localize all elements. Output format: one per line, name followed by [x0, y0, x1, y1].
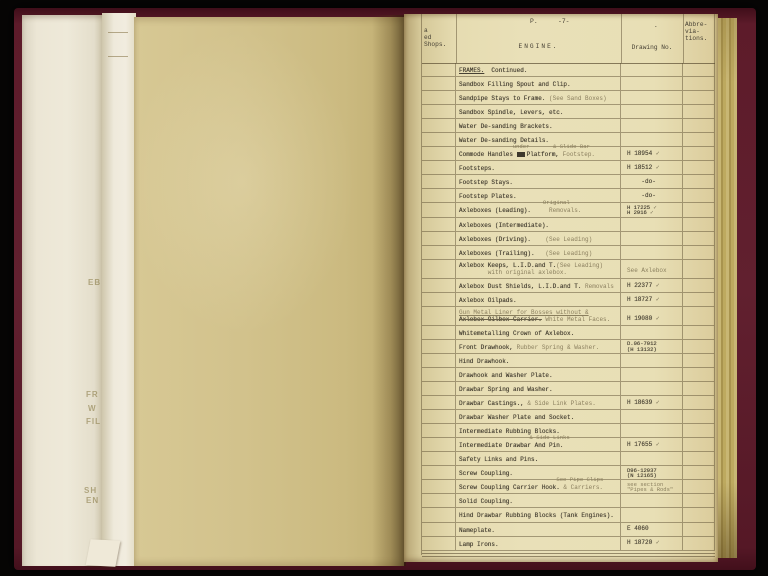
text-segment: (H 13132): [627, 346, 657, 353]
drawing-cell: See Axlebox: [621, 260, 683, 278]
abbrev-cell: [683, 424, 715, 437]
item-cell: Drawbar Washer Plate and Socket.: [456, 410, 621, 423]
drawing-cell: -do-: [621, 175, 683, 188]
abbrev-cell: [683, 91, 715, 104]
bleedthrough-letter: EN: [86, 496, 99, 505]
table-row: under & Slide BarCommode Handles Platfor…: [422, 147, 715, 161]
text-segment: Footstep Stays.: [459, 179, 513, 186]
table-row: Water De-sanding Brackets.: [422, 119, 715, 133]
item-text: Drawbar Spring and Washer.: [456, 382, 620, 393]
text-segment: Axlebox Dust Shields, L.I.D.and T.: [459, 283, 585, 290]
text-segment: Removals.: [531, 207, 581, 214]
item-cell: Axleboxes (Intermediate).: [456, 218, 621, 231]
bottom-rule: [422, 556, 715, 557]
drawing-number: -do-: [621, 179, 682, 186]
text-segment: ✓: [652, 282, 659, 289]
bleedthrough-letter: FIL: [86, 417, 101, 426]
abbrev-cell: [683, 260, 715, 278]
drawing-cell: [621, 133, 683, 146]
bleedthrough-letter: EB: [88, 278, 101, 287]
shops-cell: [422, 368, 456, 381]
register-table: aedShops. P. -7- ENGINE. Drawing No. . A…: [421, 14, 715, 555]
text-segment: See Pipe Clips: [459, 476, 603, 483]
drawing-cell: H 17655 ✓: [621, 438, 683, 451]
text-segment: See Axlebox: [627, 267, 667, 274]
abbrev-cell: [683, 203, 715, 216]
annotation-above: Original: [459, 199, 570, 206]
item-text: Nameplate.: [456, 523, 620, 534]
drawing-cell: [621, 91, 683, 104]
drawing-cell: H 22377 ✓: [621, 279, 683, 292]
text-segment: ✓: [652, 315, 659, 322]
drawing-cell: H 18512 ✓: [621, 161, 683, 174]
header-abbrev-line: tions.: [685, 35, 707, 42]
table-row: Drawhook and Washer Plate.: [422, 368, 715, 382]
text-segment: Drawhook and Washer Plate.: [459, 372, 553, 379]
abbrev-cell: [683, 452, 715, 465]
table-row: Whitemetalling Crown of Axlebox.: [422, 326, 715, 340]
drawing-cell: [621, 424, 683, 437]
drawing-cell: H 19080 ✓: [621, 307, 683, 325]
text-segment: E 4060: [627, 525, 649, 532]
drawing-number: H 18727 ✓: [621, 297, 682, 304]
table-row: Hind Drawbar Rubbing Blocks (Tank Engine…: [422, 508, 715, 522]
annotation-above: under & Slide Bar: [459, 143, 590, 150]
table-row: Drawbar Castings., & Side Link Plates.H …: [422, 396, 715, 410]
table-row: Solid Coupling.: [422, 494, 715, 508]
text-segment: Axleboxes (Driving).: [459, 236, 545, 243]
text-segment: (See Leading): [545, 250, 592, 257]
annotation-above: & Side Links: [459, 434, 570, 441]
page-sheet: [102, 13, 136, 566]
shops-cell: [422, 147, 456, 160]
text-segment: H 17655: [627, 441, 652, 448]
drawing-number: E 4060: [621, 526, 682, 533]
text-segment: Axlebox Oilbox Carrier.: [459, 316, 542, 323]
abbrev-cell: [683, 480, 715, 493]
abbrev-cell: [683, 77, 715, 90]
text-segment: Axleboxes (Intermediate).: [459, 222, 549, 229]
header-abbrev-line: Abbre-: [685, 21, 707, 28]
item-cell: Whitemetalling Crown of Axlebox.: [456, 326, 621, 339]
item-text: Hind Drawbar Rubbing Blocks (Tank Engine…: [456, 508, 620, 519]
text-segment: ✓: [652, 399, 659, 406]
table-row: Axleboxes (Trailing). (See Leading): [422, 246, 715, 260]
drawing-cell: [621, 63, 683, 76]
text-segment: "Pipes & Rods": [627, 486, 673, 493]
text-segment: Whitemetalling Crown of Axlebox.: [459, 330, 574, 337]
text-segment: Sandbox Spindle, Levers, etc.: [459, 109, 563, 116]
shops-cell: [422, 410, 456, 423]
drawing-number: H 19080 ✓: [621, 316, 682, 323]
drawing-cell: [621, 77, 683, 90]
drawing-number: (N 12165): [621, 473, 682, 479]
text-segment: Commode Handles: [459, 151, 517, 158]
item-text: Drawhook and Washer Plate.: [456, 368, 620, 379]
book-photo: EBFRWFILSHEN aedShops. P. -7- ENGINE. Dr…: [0, 0, 768, 576]
drawing-cell: D.06-7012(H 13132): [621, 340, 683, 353]
item-text: Axlebox Oilpads.: [456, 293, 620, 304]
table-row: Footsteps.H 18512 ✓: [422, 161, 715, 175]
drawing-number: "Pipes & Rods": [621, 487, 682, 493]
header-shops-line: Shops.: [424, 41, 446, 48]
table-row: Hind Drawhook.: [422, 354, 715, 368]
item-cell: Sandpipe Stays to Frame. (See Sand Boxes…: [456, 91, 621, 104]
item-text: Sandpipe Stays to Frame. (See Sand Boxes…: [456, 91, 620, 102]
item-text: Whitemetalling Crown of Axlebox.: [456, 326, 620, 337]
abbrev-cell: [683, 326, 715, 339]
text-segment: FRAMES.: [459, 67, 484, 74]
abbrev-cell: [683, 279, 715, 292]
drawing-cell: D96-12937(N 12165): [621, 466, 683, 479]
table-row: FRAMES. Continued.: [422, 63, 715, 77]
table-body: FRAMES. Continued.Sandbox Filling Spout …: [422, 63, 715, 551]
shops-cell: [422, 508, 456, 521]
shops-cell: [422, 466, 456, 479]
shops-cell: [422, 218, 456, 231]
item-cell: Safety Links and Pins.: [456, 452, 621, 465]
text-segment: Lamp Irons.: [459, 541, 499, 548]
shops-cell: [422, 293, 456, 306]
abbrev-cell: [683, 466, 715, 479]
shops-cell: [422, 232, 456, 245]
shops-cell: [422, 354, 456, 367]
item-cell: Drawbar Spring and Washer.: [456, 382, 621, 395]
abbrev-cell: [683, 105, 715, 118]
shops-cell: [422, 537, 456, 550]
item-text: Water De-sanding Brackets.: [456, 119, 620, 130]
shops-cell: [422, 105, 456, 118]
table-row: Gun Metal Liner for Bosses without &Axle…: [422, 307, 715, 326]
item-text: Axlebox Dust Shields, L.I.D.and T. Remov…: [456, 279, 620, 290]
item-cell: Lamp Irons.: [456, 537, 621, 550]
drawing-cell: [621, 218, 683, 231]
abbrev-cell: [683, 307, 715, 325]
table-row: Axleboxes (Driving). (See Leading): [422, 232, 715, 246]
shops-cell: [422, 133, 456, 146]
text-segment: ✓: [652, 539, 659, 546]
shops-cell: [422, 260, 456, 278]
table-row: Drawbar Spring and Washer.: [422, 382, 715, 396]
table-row: Axlebox Oilpads.H 18727 ✓: [422, 293, 715, 307]
item-text: Safety Links and Pins.: [456, 452, 620, 463]
table-row: Drawbar Washer Plate and Socket.: [422, 410, 715, 424]
text-segment: ✓: [652, 164, 659, 171]
table-row: Sandpipe Stays to Frame. (See Sand Boxes…: [422, 91, 715, 105]
drawing-cell: E 4060: [621, 523, 683, 536]
abbrev-cell: [683, 396, 715, 409]
item-cell: Drawhook and Washer Plate.: [456, 368, 621, 381]
abbrev-cell: [683, 133, 715, 146]
text-segment: White Metal Faces.: [542, 316, 610, 323]
table-row: OriginalAxleboxes (Leading). Removals.H …: [422, 203, 715, 217]
drawing-number: H 18639 ✓: [621, 400, 682, 407]
drawing-cell: [621, 410, 683, 423]
text-segment: Axleboxes (Leading).: [459, 207, 531, 214]
text-segment: H 18512: [627, 164, 652, 171]
drawing-cell: H 18720 ✓: [621, 537, 683, 550]
item-cell: OriginalAxleboxes (Leading). Removals.: [456, 203, 621, 216]
abbrev-cell: [683, 119, 715, 132]
text-segment: ✓: [652, 296, 659, 303]
table-row: Axlebox Keeps, L.I.D.and T.(See Leading)…: [422, 260, 715, 279]
torn-paper: [86, 539, 121, 567]
drawing-number: H 2916 ✓: [621, 210, 682, 216]
table-row: Axleboxes (Intermediate).: [422, 218, 715, 232]
item-cell: & Side LinksIntermediate Drawbar And Pin…: [456, 438, 621, 451]
abbrev-cell: [683, 189, 715, 202]
text-segment: Drawbar Castings.,: [459, 400, 527, 407]
abbrev-cell: [683, 438, 715, 451]
item-cell: Hind Drawhook.: [456, 354, 621, 367]
table-row: & Side LinksIntermediate Drawbar And Pin…: [422, 438, 715, 452]
shops-cell: [422, 119, 456, 132]
shops-cell: [422, 396, 456, 409]
abbrev-cell: [683, 494, 715, 507]
table-row: Lamp Irons.H 18720 ✓: [422, 537, 715, 551]
drawing-cell: [621, 326, 683, 339]
item-text: Axleboxes (Driving). (See Leading): [456, 232, 620, 243]
abbrev-cell: [683, 232, 715, 245]
text-segment: (N 12165): [627, 472, 657, 479]
table-row: Front Drawhook, Rubber Spring & Washer.D…: [422, 340, 715, 354]
shops-cell: [422, 246, 456, 259]
text-segment: H 18639: [627, 399, 652, 406]
drawing-cell: [621, 354, 683, 367]
page-tab-edge: [108, 32, 128, 33]
text-segment: Front Drawhook,: [459, 344, 517, 351]
shops-cell: [422, 326, 456, 339]
table-header: aedShops. P. -7- ENGINE. Drawing No. . A…: [422, 14, 715, 64]
drawing-number: H 18720 ✓: [621, 540, 682, 547]
shops-cell: [422, 175, 456, 188]
drawing-number: (H 13132): [621, 347, 682, 353]
header-abbreviations: Abbre-via-tions.: [685, 21, 707, 42]
text-segment: H 19080: [627, 315, 652, 322]
drawing-number: See Axlebox: [621, 268, 682, 275]
item-text: Lamp Irons.: [456, 537, 620, 548]
item-cell: Footsteps.: [456, 161, 621, 174]
item-cell: Drawbar Castings., & Side Link Plates.: [456, 396, 621, 409]
text-segment: (See Leading): [545, 236, 592, 243]
text-segment: ✓: [652, 150, 659, 157]
bleedthrough-letter: SH: [84, 486, 97, 495]
abbrev-cell: [683, 382, 715, 395]
text-segment: Drawbar Washer Plate and Socket.: [459, 414, 574, 421]
drawing-cell: -do-: [621, 189, 683, 202]
text-segment: Safety Links and Pins.: [459, 456, 538, 463]
shops-cell: [422, 494, 456, 507]
header-mark: .: [654, 22, 658, 29]
text-segment: (See Sand Boxes): [549, 95, 607, 102]
header-shops: aedShops.: [424, 27, 446, 48]
item-text: Gun Metal Liner for Bosses without &: [456, 307, 620, 316]
register-page: aedShops. P. -7- ENGINE. Drawing No. . A…: [404, 14, 718, 562]
shops-cell: [422, 161, 456, 174]
abbrev-cell: [683, 147, 715, 160]
abbrev-cell: [683, 523, 715, 536]
abbrev-cell: [683, 175, 715, 188]
abbrev-cell: [683, 508, 715, 521]
item-text: FRAMES. Continued.: [456, 63, 620, 74]
abbrev-cell: [683, 354, 715, 367]
text-segment: with original axlebox.: [459, 269, 567, 276]
text-segment: Solid Coupling.: [459, 498, 513, 505]
drawing-number: H 18954 ✓: [621, 151, 682, 158]
drawing-number: H 17655 ✓: [621, 442, 682, 449]
text-segment: Sandpipe Stays to Frame.: [459, 95, 549, 102]
text-segment: Hind Drawbar Rubbing Blocks (Tank Engine…: [459, 512, 614, 519]
header-abbrev-line: via-: [685, 28, 707, 35]
shops-cell: [422, 480, 456, 493]
item-cell: under & Slide BarCommode Handles Platfor…: [456, 147, 621, 160]
header-shops-line: a: [424, 27, 446, 34]
page-number-value: -7-: [558, 18, 570, 25]
fore-edge-pages: [718, 18, 737, 558]
item-text: Hind Drawhook.: [456, 354, 620, 365]
abbrev-cell: [683, 293, 715, 306]
text-segment: H 18954: [627, 150, 652, 157]
shops-cell: [422, 424, 456, 437]
shops-cell: [422, 279, 456, 292]
item-text: Axleboxes (Intermediate).: [456, 218, 620, 229]
shops-cell: [422, 452, 456, 465]
drawing-cell: [621, 452, 683, 465]
text-segment: Footsteps.: [459, 165, 495, 172]
item-cell: Axlebox Dust Shields, L.I.D.and T. Remov…: [456, 279, 621, 292]
drawing-cell: [621, 119, 683, 132]
abbrev-cell: [683, 410, 715, 423]
shops-cell: [422, 189, 456, 202]
page-number: P. -7-: [456, 18, 621, 28]
table-row: Sandbox Filling Spout and Clip.: [422, 77, 715, 91]
table-row: Safety Links and Pins.: [422, 452, 715, 466]
text-segment: Drawbar Spring and Washer.: [459, 386, 553, 393]
drawing-cell: H 18639 ✓: [621, 396, 683, 409]
item-cell: Sandbox Spindle, Levers, etc.: [456, 105, 621, 118]
shops-cell: [422, 340, 456, 353]
table-row: Nameplate.E 4060: [422, 523, 715, 537]
item-cell: Axleboxes (Trailing). (See Leading): [456, 246, 621, 259]
drawing-cell: [621, 382, 683, 395]
item-text: Footsteps.: [456, 161, 620, 172]
text-segment: -do-: [627, 192, 656, 199]
text-segment: ✓: [647, 209, 654, 216]
drawing-number: H 22377 ✓: [621, 283, 682, 290]
abbrev-cell: [683, 63, 715, 76]
text-segment: Rubber Spring & Washer.: [517, 344, 600, 351]
text-segment: Axlebox Oilpads.: [459, 297, 517, 304]
abbrev-cell: [683, 340, 715, 353]
abbrev-cell: [683, 368, 715, 381]
annotation-above: See Pipe Clips: [459, 476, 603, 483]
shops-cell: [422, 307, 456, 325]
text-segment: H 22377: [627, 282, 652, 289]
abbrev-cell: [683, 218, 715, 231]
text-segment: [517, 152, 525, 157]
bleedthrough-letter: FR: [86, 390, 99, 399]
text-segment: Platform,: [527, 151, 563, 158]
item-text: Footstep Stays.: [456, 175, 620, 186]
text-segment: & Carriers.: [563, 484, 603, 491]
item-cell: FRAMES. Continued.: [456, 63, 621, 76]
text-segment: & Side Link Plates.: [527, 400, 595, 407]
text-segment: Screw Coupling Carrier Hook.: [459, 484, 563, 491]
item-text: Axleboxes (Trailing). (See Leading): [456, 246, 620, 257]
drawing-cell: H 18954 ✓: [621, 147, 683, 160]
text-segment: ✓: [652, 441, 659, 448]
item-text: Axlebox Keeps, L.I.D.and T.(See Leading): [456, 260, 620, 269]
item-cell: Nameplate.: [456, 523, 621, 536]
text-segment: Water De-sanding Brackets.: [459, 123, 553, 130]
page-tab-edge: [108, 56, 128, 57]
left-blank-page: [134, 17, 404, 566]
table-row: Sandbox Spindle, Levers, etc.: [422, 105, 715, 119]
item-text: Drawbar Washer Plate and Socket.: [456, 410, 620, 421]
item-text: Solid Coupling.: [456, 494, 620, 505]
drawing-cell: see section"Pipes & Rods": [621, 480, 683, 493]
header-shops-line: ed: [424, 34, 446, 41]
item-text: with original axlebox.: [456, 269, 620, 276]
item-cell: Water De-sanding Brackets.: [456, 119, 621, 132]
item-cell: See Pipe ClipsScrew Coupling Carrier Hoo…: [456, 480, 621, 493]
text-segment: Sandbox Filling Spout and Clip.: [459, 81, 571, 88]
item-cell: Sandbox Filling Spout and Clip.: [456, 77, 621, 90]
drawing-cell: [621, 508, 683, 521]
table-row: Footstep Stays. -do-: [422, 175, 715, 189]
gutter-shadow: [372, 15, 406, 566]
abbrev-cell: [683, 246, 715, 259]
item-cell: Gun Metal Liner for Bosses without &Axle…: [456, 307, 621, 325]
item-cell: Footstep Stays.: [456, 175, 621, 188]
shops-cell: [422, 203, 456, 216]
text-segment: H 18727: [627, 296, 652, 303]
item-cell: Axlebox Oilpads.: [456, 293, 621, 306]
text-segment: Gun Metal Liner for Bosses without &: [459, 309, 589, 316]
text-segment: Original: [459, 199, 570, 206]
shops-cell: [422, 382, 456, 395]
header-drawing-no: Drawing No.: [621, 44, 683, 51]
bleedthrough-letter: W: [88, 404, 97, 413]
item-cell: Hind Drawbar Rubbing Blocks (Tank Engine…: [456, 508, 621, 521]
drawing-number: -do-: [621, 193, 682, 200]
shops-cell: [422, 523, 456, 536]
text-segment: -do-: [627, 178, 656, 185]
item-cell: Axlebox Keeps, L.I.D.and T.(See Leading)…: [456, 260, 621, 278]
text-segment: (See Leading): [556, 262, 603, 269]
text-segment: H 2916: [627, 209, 647, 216]
table-row: Axlebox Dust Shields, L.I.D.and T. Remov…: [422, 279, 715, 293]
drawing-cell: H 18727 ✓: [621, 293, 683, 306]
left-endpaper: [22, 15, 104, 566]
item-text: Sandbox Spindle, Levers, etc.: [456, 105, 620, 116]
item-text: Axlebox Oilbox Carrier. White Metal Face…: [456, 316, 620, 323]
table-row: See Pipe ClipsScrew Coupling Carrier Hoo…: [422, 480, 715, 494]
text-segment: & Side Links: [459, 434, 570, 441]
text-segment: Removals: [585, 283, 614, 290]
page-letter: P.: [530, 18, 538, 25]
text-segment: under & Slide Bar: [459, 143, 590, 150]
shops-cell: [422, 77, 456, 90]
drawing-cell: [621, 494, 683, 507]
text-segment: Nameplate.: [459, 527, 495, 534]
shops-cell: [422, 63, 456, 76]
text-segment: Hind Drawhook.: [459, 358, 509, 365]
text-segment: H 18720: [627, 539, 652, 546]
drawing-cell: H 17225 ✓H 2916 ✓: [621, 203, 683, 216]
abbrev-cell: [683, 161, 715, 174]
item-cell: Solid Coupling.: [456, 494, 621, 507]
